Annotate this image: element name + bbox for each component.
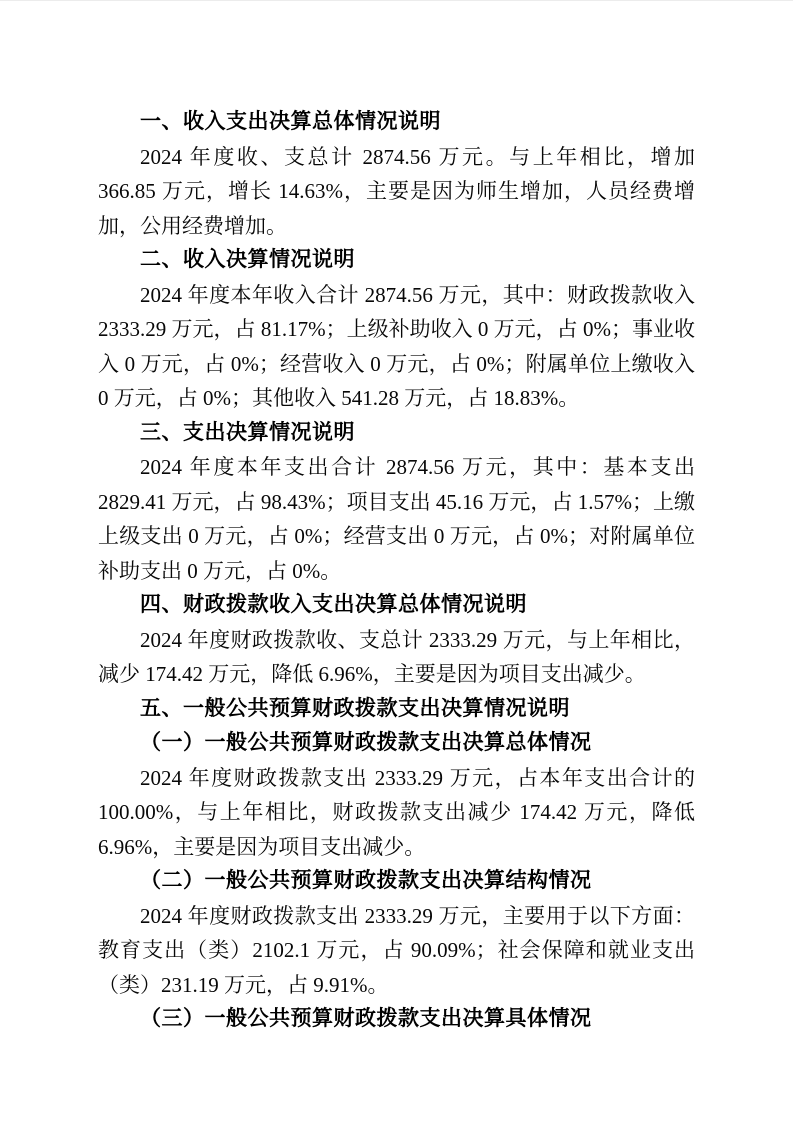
subheading-5-2-structure-situation: （二）一般公共预算财政拨款支出决算结构情况: [98, 864, 695, 899]
document-page: 一、收入支出决算总体情况说明 2024 年度收、支总计 2874.56 万元。与…: [0, 0, 793, 1122]
subheading-5-1-overall-situation: （一）一般公共预算财政拨款支出决算总体情况: [98, 726, 695, 761]
heading-section-2-income-statement: 二、收入决算情况说明: [98, 243, 695, 278]
heading-section-4-fiscal-appropriation-overview: 四、财政拨款收入支出决算总体情况说明: [98, 588, 695, 623]
paragraph-section-5-2: 2024 年度财政拨款支出 2333.29 万元，主要用于以下方面：教育支出（类…: [98, 899, 695, 1003]
heading-section-3-expense-statement: 三、支出决算情况说明: [98, 416, 695, 451]
document-body: 一、收入支出决算总体情况说明 2024 年度收、支总计 2874.56 万元。与…: [98, 105, 695, 1037]
paragraph-section-2: 2024 年度本年收入合计 2874.56 万元，其中：财政拨款收入 2333.…: [98, 278, 695, 416]
heading-section-5-public-budget-expenditure: 五、一般公共预算财政拨款支出决算情况说明: [98, 692, 695, 727]
heading-section-1-income-expense-overview: 一、收入支出决算总体情况说明: [98, 105, 695, 140]
paragraph-section-4: 2024 年度财政拨款收、支总计 2333.29 万元，与上年相比，减少 174…: [98, 623, 695, 692]
paragraph-section-5-1: 2024 年度财政拨款支出 2333.29 万元，占本年支出合计的 100.00…: [98, 761, 695, 865]
paragraph-section-3: 2024 年度本年支出合计 2874.56 万元，其中：基本支出 2829.41…: [98, 450, 695, 588]
subheading-5-3-specific-situation: （三）一般公共预算财政拨款支出决算具体情况: [98, 1002, 695, 1037]
paragraph-section-1: 2024 年度收、支总计 2874.56 万元。与上年相比，增加 366.85 …: [98, 140, 695, 244]
